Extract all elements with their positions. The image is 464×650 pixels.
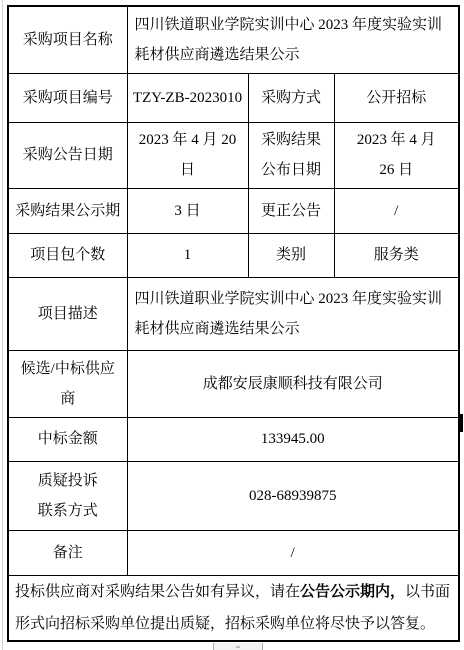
- package-count-label: 项目包个数: [8, 233, 127, 277]
- table-row-dates: 采购公告日期 2023 年 4 月 20 日 采购结果 公布日期 2023 年 …: [8, 122, 459, 188]
- table-row-project-name: 采购项目名称 四川铁道职业学院实训中心 2023 年度实验实训 耗材供应商遴选结…: [8, 6, 459, 73]
- method-label: 采购方式: [248, 73, 334, 122]
- contact-value: 028-68939875: [127, 461, 459, 530]
- objection-notice-bold: 公告公示期内，: [300, 584, 405, 600]
- result-date-value: 2023 年 4 月 26 日: [334, 122, 459, 188]
- announce-date-value: 2023 年 4 月 20 日: [127, 122, 248, 188]
- category-label: 类别: [248, 233, 334, 277]
- amount-value: 133945.00: [127, 417, 459, 461]
- project-no-label: 采购项目编号: [8, 73, 127, 122]
- table-row-publicity-period: 采购结果公示期 3 日 更正公告 /: [8, 188, 459, 233]
- scrollbar-grip-dot: [236, 646, 240, 648]
- publicity-period-label: 采购结果公示期: [8, 188, 127, 233]
- table-row-remark: 备注 /: [8, 530, 459, 575]
- package-count-value: 1: [127, 233, 248, 277]
- supplier-label: 候选/中标供应 商: [8, 350, 127, 417]
- table-row-package-count: 项目包个数 1 类别 服务类: [8, 233, 459, 277]
- publicity-period-value: 3 日: [127, 188, 248, 233]
- table-row-project-no: 采购项目编号 TZY-ZB-2023010 采购方式 公开招标: [8, 73, 459, 122]
- description-label: 项目描述: [8, 277, 127, 350]
- announce-date-label: 采购公告日期: [8, 122, 127, 188]
- horizontal-scrollbar-thumb[interactable]: [213, 643, 263, 650]
- vertical-scrollbar-thumb[interactable]: [458, 414, 463, 432]
- correction-label: 更正公告: [248, 188, 334, 233]
- amount-label: 中标金额: [8, 417, 127, 461]
- project-name-label: 采购项目名称: [8, 6, 127, 73]
- category-value: 服务类: [334, 233, 459, 277]
- table-row-contact: 质疑投诉 联系方式 028-68939875: [8, 461, 459, 530]
- method-value: 公开招标: [334, 73, 459, 122]
- table-row-description: 项目描述 四川铁道职业学院实训中心 2023 年度实验实训 耗材供应商遴选结果公…: [8, 277, 459, 350]
- objection-notice-pre: 投标供应商对采购结果公告如有异议，请在: [15, 584, 300, 600]
- procurement-result-table: 采购项目名称 四川铁道职业学院实训中心 2023 年度实验实训 耗材供应商遴选结…: [7, 5, 460, 642]
- project-name-value: 四川铁道职业学院实训中心 2023 年度实验实训 耗材供应商遴选结果公示: [127, 6, 459, 73]
- page-margin-line: [2, 0, 3, 650]
- contact-label: 质疑投诉 联系方式: [8, 461, 127, 530]
- table-row-amount: 中标金额 133945.00: [8, 417, 459, 461]
- correction-value: /: [334, 188, 459, 233]
- project-no-value: TZY-ZB-2023010: [127, 73, 248, 122]
- table-row-notice: 投标供应商对采购结果公告如有异议，请在公告公示期内，以书面 形式向招标采购单位提…: [8, 575, 459, 641]
- remark-label: 备注: [8, 530, 127, 575]
- table-row-supplier: 候选/中标供应 商 成都安辰康顺科技有限公司: [8, 350, 459, 417]
- remark-value: /: [127, 530, 459, 575]
- description-value: 四川铁道职业学院实训中心 2023 年度实验实训 耗材供应商遴选结果公示: [127, 277, 459, 350]
- result-date-label: 采购结果 公布日期: [248, 122, 334, 188]
- objection-notice: 投标供应商对采购结果公告如有异议，请在公告公示期内，以书面 形式向招标采购单位提…: [8, 575, 459, 641]
- supplier-value: 成都安辰康顺科技有限公司: [127, 350, 459, 417]
